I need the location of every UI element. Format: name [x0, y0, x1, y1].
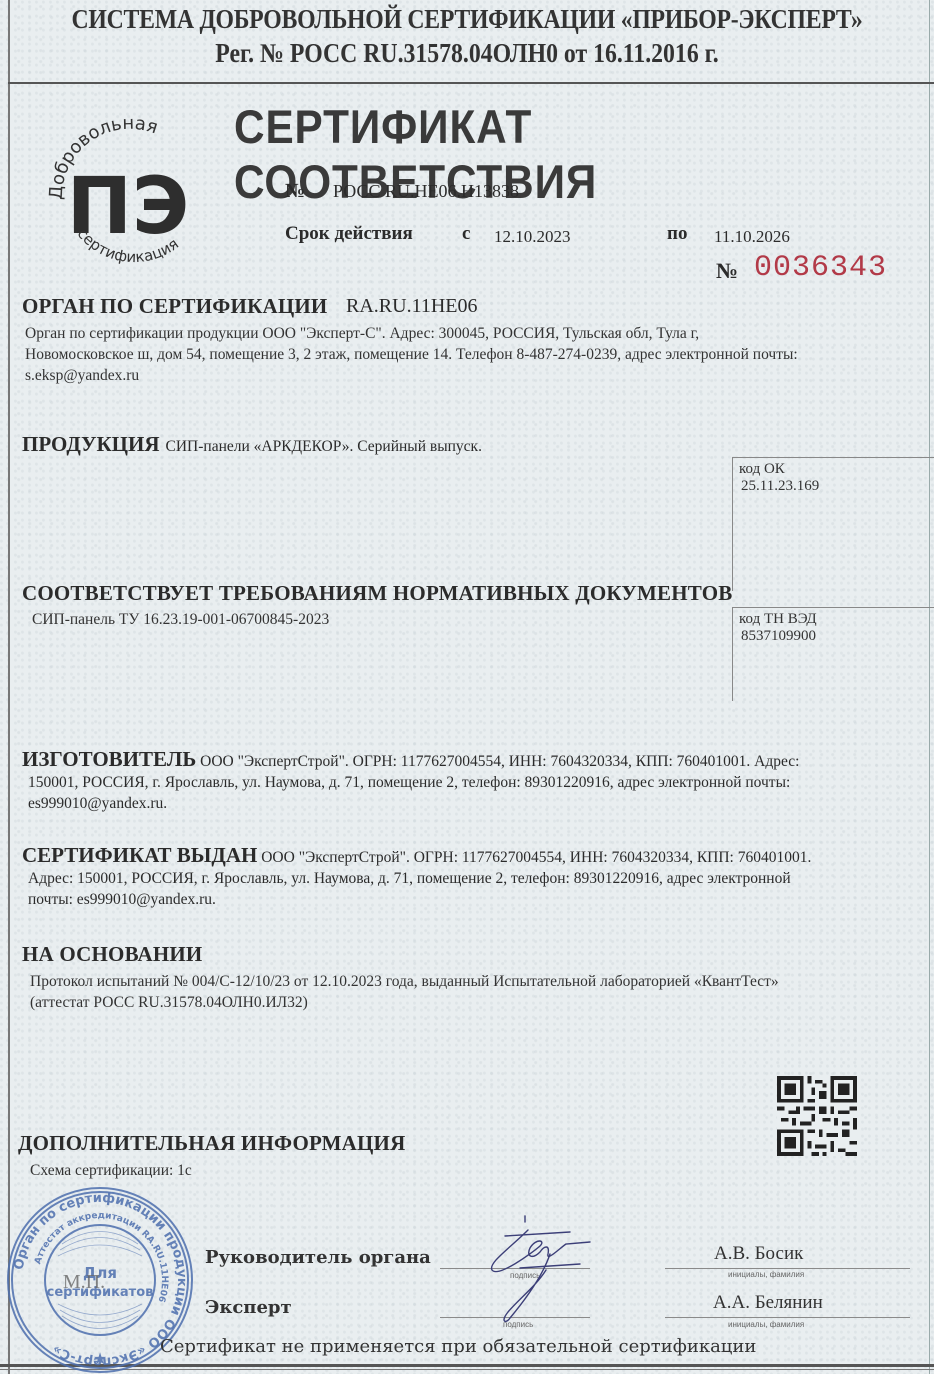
valid-from-label: с — [462, 223, 470, 245]
expert-name-caption: инициалы, фамилия — [728, 1320, 804, 1329]
certification-body-details: Орган по сертификации продукции ООО "Экс… — [25, 323, 930, 386]
serial-number-label: № — [716, 258, 738, 284]
issued-to-section: СЕРТИФИКАТ ВЫДАН ООО "ЭкспертСтрой". ОГР… — [22, 845, 927, 910]
validity-label: Срок действия — [285, 223, 413, 245]
qr-code-icon[interactable] — [777, 1076, 857, 1156]
expert-name: А.А. Белянин — [713, 1292, 823, 1314]
head-name-caption: инициалы, фамилия — [728, 1270, 804, 1279]
system-title: СИСТЕМА ДОБРОВОЛЬНОЙ СЕРТИФИКАЦИИ «ПРИБО… — [56, 4, 878, 35]
issued-to-line: ООО "ЭкспертСтрой". ОГРН: 1177627004554,… — [261, 849, 811, 866]
valid-from-date: 12.10.2023 — [494, 227, 571, 247]
stamp-mp-label: М.П. — [63, 1271, 105, 1293]
head-name: А.В. Босик — [714, 1243, 803, 1265]
voluntary-certification-logo-icon: Добровольная ПЭ сертификация — [40, 105, 220, 275]
issued-to-email: почты: es999010@yandex.ru. — [22, 889, 927, 910]
basis-line: Протокол испытаний № 004/С-12/10/23 от 1… — [30, 971, 930, 992]
issued-to-heading: СЕРТИФИКАТ ВЫДАН — [22, 843, 257, 867]
ok-code-label: код ОК — [739, 461, 934, 478]
basis-details: Протокол испытаний № 004/С-12/10/23 от 1… — [30, 971, 930, 1013]
footer-note: Сертификат не применяется при обязательн… — [160, 1336, 756, 1357]
frame-left-border — [8, 0, 10, 1374]
valid-to-date: 11.10.2026 — [714, 227, 790, 247]
issued-to-line: Адрес: 150001, РОССИЯ, г. Ярославль, ул.… — [22, 868, 927, 889]
head-of-body-role: Руководитель органа — [205, 1247, 431, 1268]
product-section: ПРОДУКЦИЯСИП-панели «АРКДЕКОР». Серийный… — [22, 432, 482, 457]
manufacturer-line: 150001, РОССИЯ, г. Ярославль, ул. Наумов… — [22, 772, 927, 793]
expert-role: Эксперт — [205, 1297, 292, 1318]
ok-code-box: код ОК 25.11.23.169 — [732, 457, 934, 591]
certificate-title: СЕРТИФИКАТ СООТВЕТСТВИЯ — [234, 99, 864, 209]
certification-body-code: RA.RU.11HE06 — [346, 295, 477, 318]
standards-value: СИП-панель ТУ 16.23.19-001-06700845-2023 — [32, 609, 329, 630]
manufacturer-email: es999010@yandex.ru. — [22, 793, 927, 814]
header-divider — [8, 82, 934, 84]
tn-code-label: код ТН ВЭД — [739, 611, 934, 628]
expert-name-line — [665, 1317, 910, 1318]
system-registration: Рег. № РОСС RU.31578.04ОЛН0 от 16.11.201… — [56, 38, 878, 69]
handwritten-signature-icon — [470, 1208, 610, 1328]
certification-body-email: s.eksp@yandex.ru — [25, 365, 930, 386]
certificate-number: РОСС RU.HE06.H13838 — [333, 181, 519, 202]
tn-code-box: код ТН ВЭД 8537109900 — [732, 607, 934, 701]
certification-body-heading: ОРГАН ПО СЕРТИФИКАЦИИ — [22, 294, 327, 319]
certification-scheme: Схема сертификации: 1с — [30, 1160, 192, 1181]
head-name-line — [665, 1268, 910, 1269]
certificate-number-label: № — [285, 180, 305, 203]
certification-body-line: Новомосковское ш, дом 54, помещение 3, 2… — [25, 344, 930, 365]
serial-number: 0036343 — [754, 251, 887, 285]
ok-code-value: 25.11.23.169 — [739, 478, 934, 495]
additional-info-heading: ДОПОЛНИТЕЛЬНАЯ ИНФОРМАЦИЯ — [18, 1131, 405, 1156]
product-heading: ПРОДУКЦИЯ — [22, 432, 160, 456]
basis-heading: НА ОСНОВАНИИ — [22, 942, 202, 967]
basis-line: (аттестат РОСС RU.31578.04ОЛН0.ИЛ32) — [30, 992, 930, 1013]
manufacturer-heading: ИЗГОТОВИТЕЛЬ — [22, 747, 196, 771]
manufacturer-line: ООО "ЭкспертСтрой". ОГРН: 1177627004554,… — [200, 753, 799, 770]
tn-code-value: 8537109900 — [739, 628, 934, 645]
svg-text:★: ★ — [93, 1349, 107, 1368]
certification-body-line: Орган по сертификации продукции ООО "Экс… — [25, 323, 930, 344]
valid-to-label: по — [667, 223, 687, 245]
standards-heading: СООТВЕТСТВУЕТ ТРЕБОВАНИЯМ НОРМАТИВНЫХ ДО… — [22, 581, 732, 606]
product-value: СИП-панели «АРКДЕКОР». Серийный выпуск. — [166, 438, 482, 455]
manufacturer-section: ИЗГОТОВИТЕЛЬ ООО "ЭкспертСтрой". ОГРН: 1… — [22, 749, 927, 814]
